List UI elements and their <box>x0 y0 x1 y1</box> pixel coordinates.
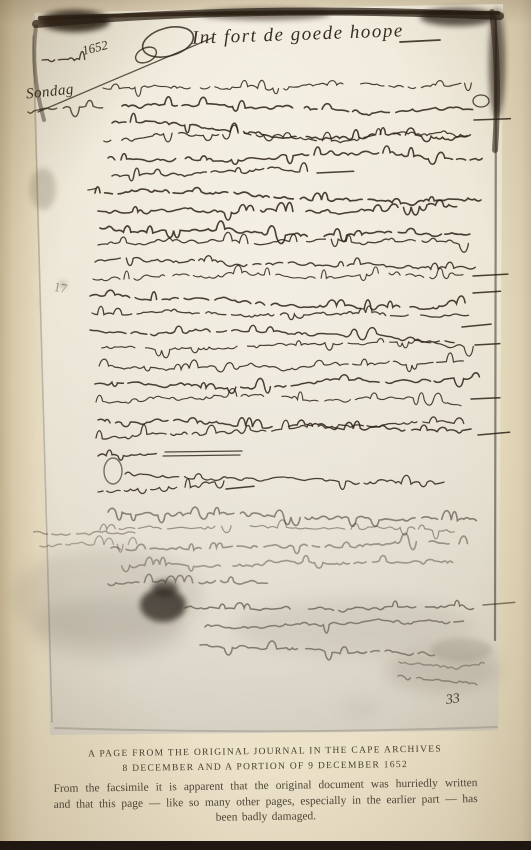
manuscript-facsimile <box>28 4 505 735</box>
manuscript-margin-number: 17 <box>53 279 69 297</box>
plate-caption: A PAGE FROM THE ORIGINAL JOURNAL IN THE … <box>39 742 491 829</box>
book-page-photo: Int fort de goede hoope 1652 Sondag 17 3… <box>0 0 531 850</box>
photo-bottom-edge <box>0 841 531 850</box>
caption-body: From the facsimile it is apparent that t… <box>53 776 478 828</box>
manuscript-folio-number: 33 <box>445 691 461 709</box>
